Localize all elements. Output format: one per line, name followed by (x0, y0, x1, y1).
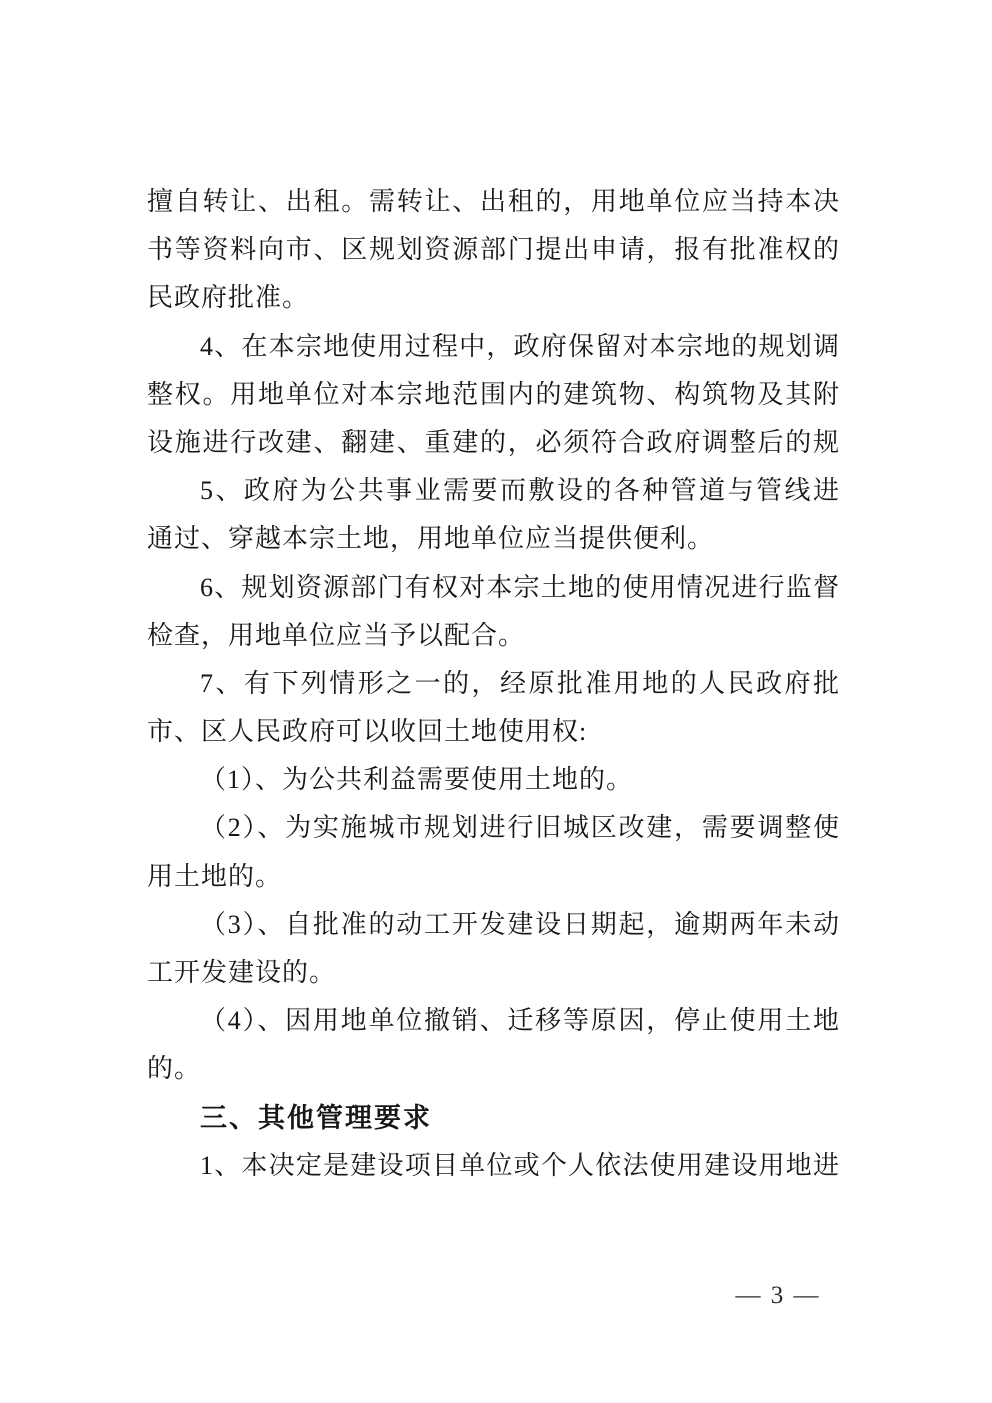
list-item-line: （2）、为实施城市规划进行旧城区改建，需要调整使 (147, 804, 840, 852)
paragraph-line: 6、规划资源部门有权对本宗土地的使用情况进行监督 (147, 564, 840, 612)
paragraph-line: 设施进行改建、翻建、重建的，必须符合政府调整后的规划。 (147, 419, 840, 467)
document-body: 擅自转让、出租。需转让、出租的，用地单位应当持本决定 书等资料向市、区规划资源部… (147, 178, 840, 1190)
paragraph-line: 书等资料向市、区规划资源部门提出申请，报有批准权的人 (147, 226, 840, 274)
list-item-line: 的。 (147, 1045, 840, 1093)
paragraph-line: 整权。用地单位对本宗地范围内的建筑物、构筑物及其附属 (147, 371, 840, 419)
paragraph-line: 擅自转让、出租。需转让、出租的，用地单位应当持本决定 (147, 178, 840, 226)
page-number: — 3 — (718, 1276, 838, 1316)
list-item-line: 用土地的。 (147, 853, 840, 901)
document-page: 擅自转让、出租。需转让、出租的，用地单位应当持本决定 书等资料向市、区规划资源部… (0, 0, 992, 1403)
paragraph-line: 检查，用地单位应当予以配合。 (147, 612, 840, 660)
paragraph-line: 7、有下列情形之一的，经原批准用地的人民政府批准， (147, 660, 840, 708)
paragraph-line: 民政府批准。 (147, 274, 840, 322)
list-item-line: （1）、为公共利益需要使用土地的。 (147, 756, 840, 804)
paragraph-line: 4、在本宗地使用过程中，政府保留对本宗地的规划调 (147, 323, 840, 371)
list-item-line: 工开发建设的。 (147, 949, 840, 997)
paragraph-line: 通过、穿越本宗土地，用地单位应当提供便利。 (147, 515, 840, 563)
list-item-line: （3）、自批准的动工开发建设日期起，逾期两年未动 (147, 901, 840, 949)
paragraph-line: 5、政府为公共事业需要而敷设的各种管道与管线进出、 (147, 467, 840, 515)
paragraph-line: 市、区人民政府可以收回土地使用权: (147, 708, 840, 756)
list-item-line: （4）、因用地单位撤销、迁移等原因，停止使用土地 (147, 997, 840, 1045)
paragraph-line: 1、本决定是建设项目单位或个人依法使用建设用地进 (147, 1142, 840, 1190)
section-heading: 三、其他管理要求 (147, 1094, 840, 1142)
